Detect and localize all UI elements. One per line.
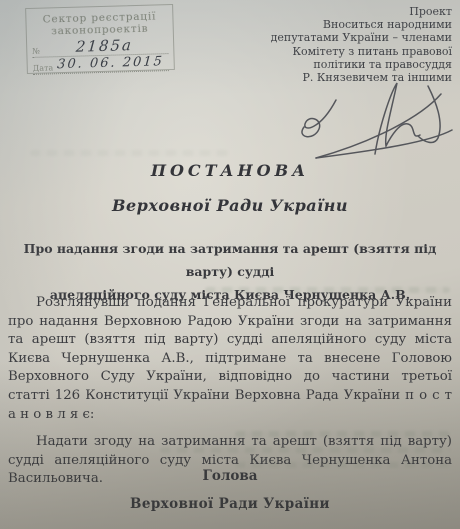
document-subtitle: Верховної Ради України xyxy=(0,196,460,215)
stamp-date-label: Дата xyxy=(33,63,54,74)
document-title: ПОСТАНОВА xyxy=(0,161,460,180)
submitters-line: Проект xyxy=(271,5,452,18)
body-paragraph-1: Розглянувши подання Генеральної прокурат… xyxy=(8,294,452,424)
submitters-line: Вноситься народними xyxy=(271,18,452,31)
body-text: Розглянувши подання Генеральної прокурат… xyxy=(8,294,452,489)
footer-position-title: Голова xyxy=(0,468,460,484)
submitters-line: депутатами України – членами xyxy=(271,31,452,44)
stamp-date-handwritten: 30. 06. 2015 xyxy=(53,54,170,73)
document-photo: { "document": { "stamp": { "line1": "Сек… xyxy=(0,0,460,529)
registration-stamp: Сектор реєстрації законопроектів № 2185а… xyxy=(25,4,175,74)
submitters-line: Комітету з питань правової xyxy=(271,45,452,58)
footer-institution: Верховної Ради України xyxy=(0,496,460,512)
submitters-block: Проект Вноситься народними депутатами Ук… xyxy=(271,5,452,84)
signature xyxy=(278,80,460,165)
subject-line1: Про надання згоди на затримання та арешт… xyxy=(0,237,460,283)
submitters-line: політики та правосуддя xyxy=(271,58,452,71)
